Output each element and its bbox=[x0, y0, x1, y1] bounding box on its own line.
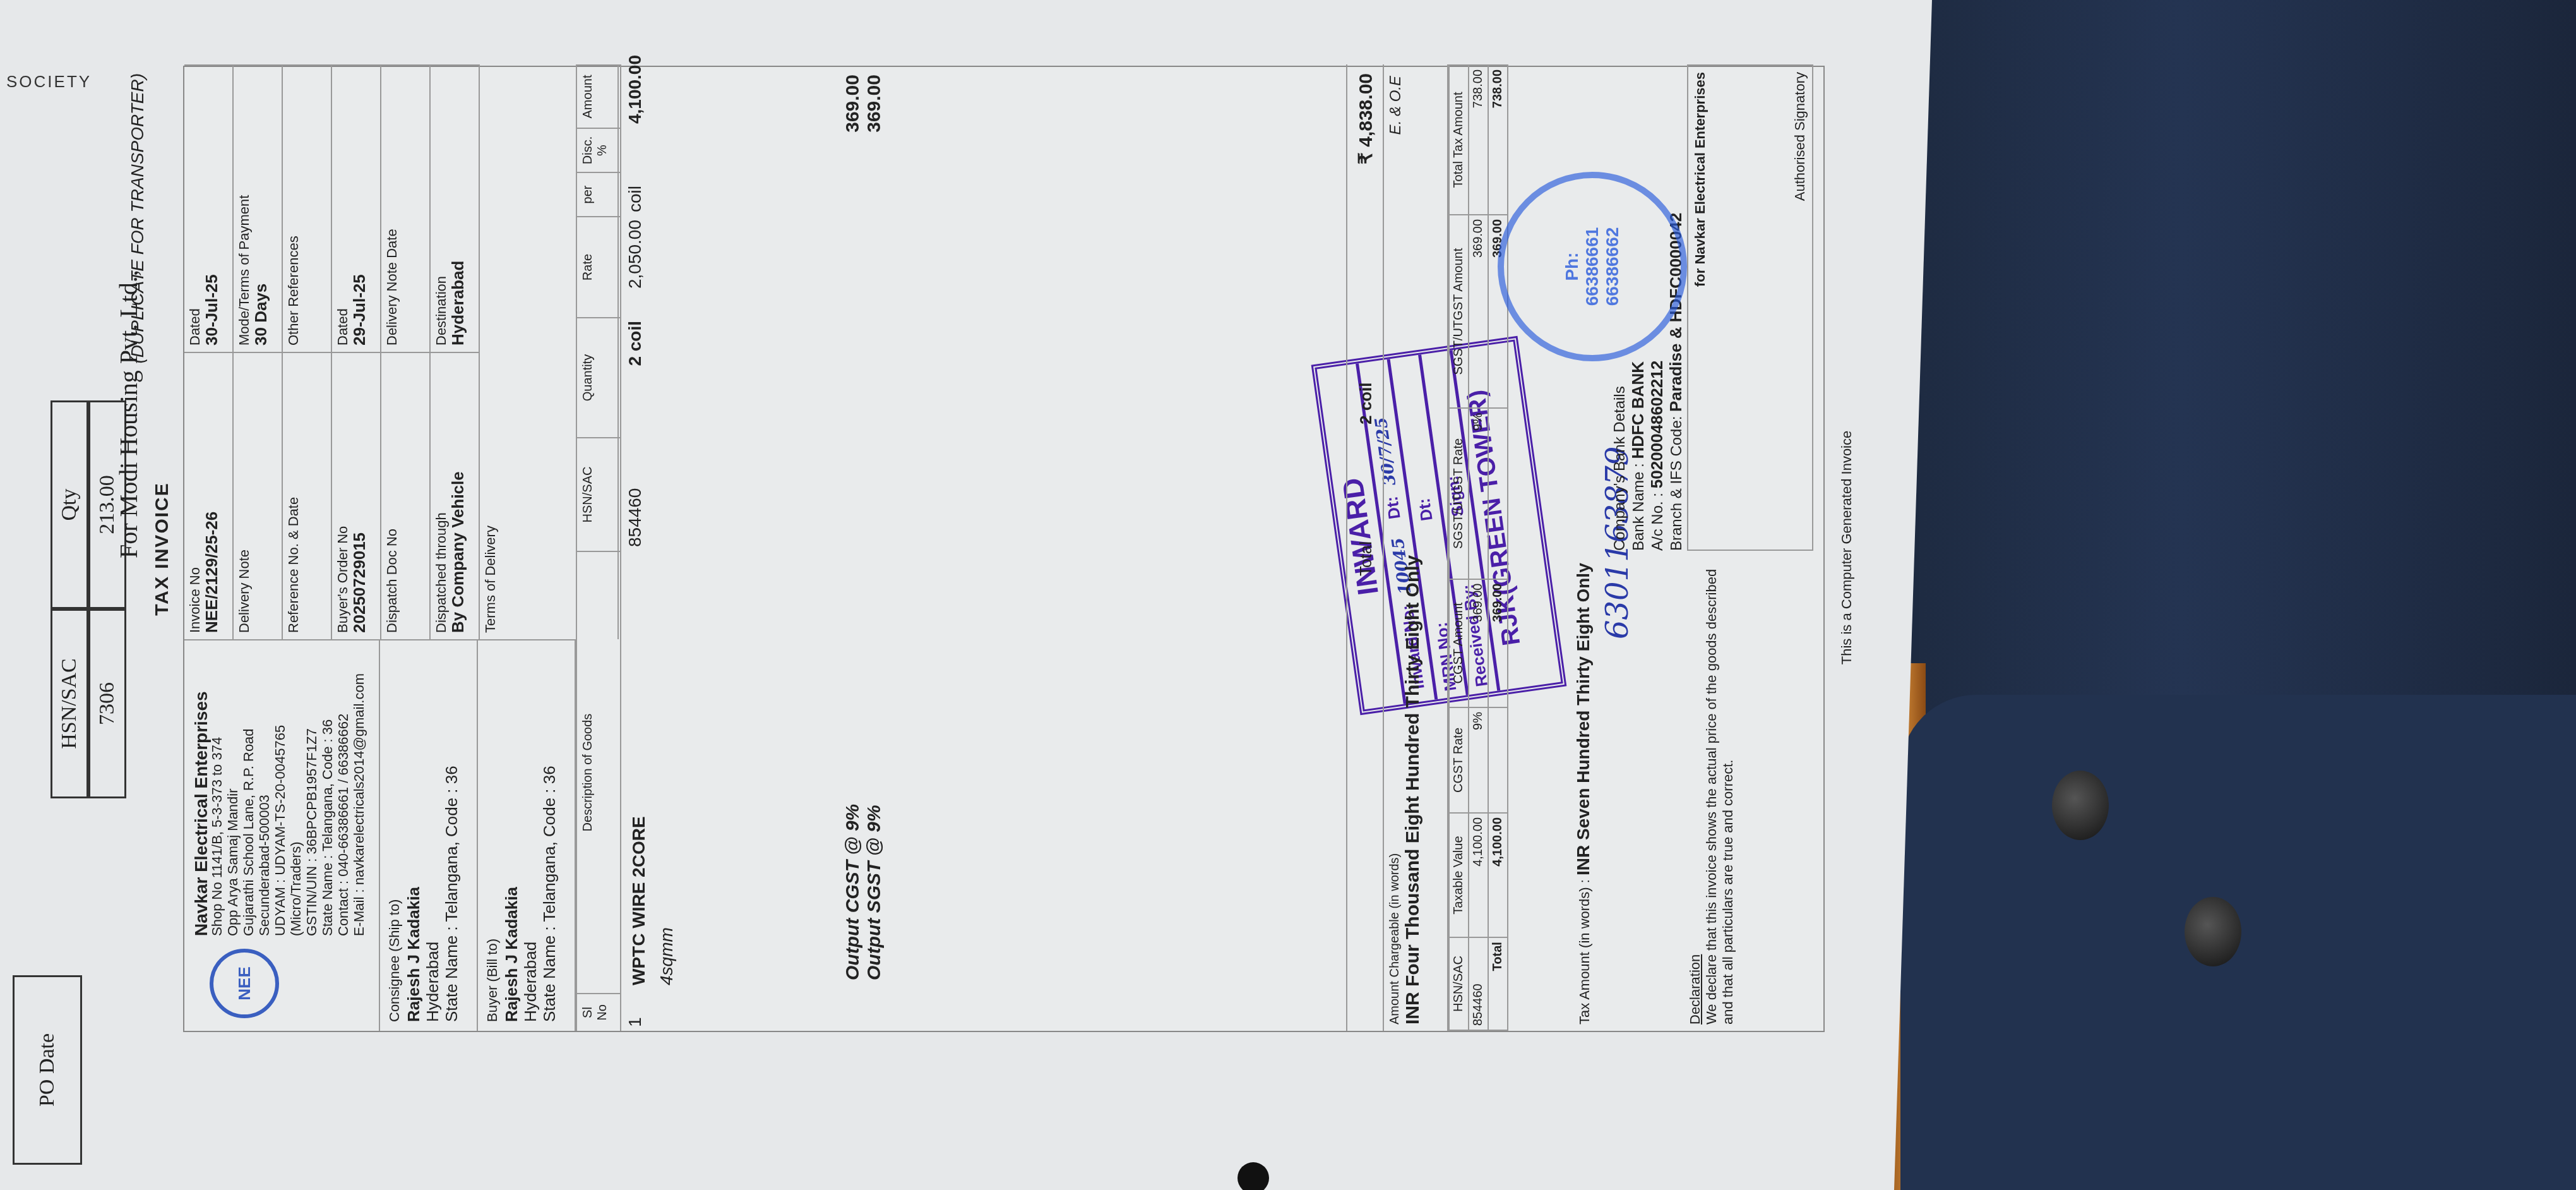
seller-name: Navkar Electrical Enterprises bbox=[193, 649, 209, 936]
seller-line: Gujarathi School Lane, R.P. Road bbox=[241, 649, 256, 936]
th-cgst-rate: CGST Rate bbox=[1449, 707, 1469, 813]
destination: Hyderabad bbox=[448, 261, 467, 346]
col-description: Description of Goods bbox=[577, 551, 621, 993]
terms-payment: 30 Days bbox=[251, 284, 270, 346]
amount-words-block: Amount Chargeable (in words) INR Four Th… bbox=[1384, 64, 1428, 1031]
cell: 4,100.00 bbox=[1488, 813, 1508, 937]
invoice-date: 30-Jul-25 bbox=[202, 274, 221, 346]
cell: 738.00 bbox=[1488, 65, 1508, 215]
order-dated-label: Dated bbox=[335, 72, 351, 346]
invoice-no: NEE/2129/25-26 bbox=[202, 512, 221, 633]
item-sl: 1 bbox=[621, 993, 684, 1031]
dispatched-through: By Company Vehicle bbox=[448, 471, 467, 633]
seller-line: Secunderabad-500003 bbox=[256, 649, 272, 936]
th-hsn: HSN/SAC bbox=[1449, 937, 1469, 1030]
state-value: Telangana, Code : 36 bbox=[442, 766, 461, 922]
item-subdescription: 4sqmm bbox=[653, 555, 681, 989]
seal-phone: 66386661 bbox=[1582, 227, 1602, 306]
seal-phone: 66386662 bbox=[1602, 227, 1623, 306]
consignee-block: Consignee (Ship to) Rajesh J Kadakia Hyd… bbox=[380, 639, 478, 1031]
buyer-name: Rajesh J Kadakia bbox=[502, 649, 521, 1022]
invoice-meta: Invoice NoNEE/2129/25-26 Dated30-Jul-25 … bbox=[184, 64, 619, 639]
bank-name-label: Bank Name bbox=[1630, 472, 1647, 551]
order-date: 29-Jul-25 bbox=[350, 274, 369, 346]
seller-line: E-Mail : navkarelectricals2014@gmail.com bbox=[351, 649, 367, 936]
seller-line: GSTIN/UIN : 36BPCPB1957F1Z7 bbox=[304, 649, 319, 936]
cell: 4,100.00 bbox=[1469, 813, 1488, 937]
seller-line: Contact : 040-66386661 / 66386662 bbox=[335, 649, 351, 936]
shirt-button bbox=[2052, 771, 2109, 840]
sgst-amount: 369.00 bbox=[864, 75, 885, 133]
consignee-label: Consignee (Ship to) bbox=[385, 649, 404, 1022]
cell bbox=[1488, 408, 1508, 579]
tax-words: INR Seven Hundred Thirty Eight Only bbox=[1573, 563, 1593, 875]
item-hsn: 854460 bbox=[621, 437, 684, 551]
total-row: Total 2 coil ₹ 4,838.00 bbox=[1346, 64, 1384, 1031]
item-qty: 2 coil bbox=[621, 317, 684, 437]
state-value: Telangana, Code : 36 bbox=[540, 766, 559, 922]
dispatched-through-label: Dispatched through bbox=[433, 359, 450, 633]
copy-label: (DUPLICATE FOR TRANSPORTER) bbox=[128, 73, 148, 363]
seller-line: State Name : Telangana, Code : 36 bbox=[319, 649, 335, 936]
buyer-label: Buyer (Bill to) bbox=[483, 649, 502, 1022]
cgst-line: Output CGST @ 9% bbox=[842, 804, 864, 980]
invoice-title: TAX INVOICE bbox=[152, 67, 173, 1031]
th-sgst-rate: SGST/UTGST Rate bbox=[1449, 408, 1469, 579]
account-no: 50200048602212 bbox=[1647, 361, 1666, 488]
consignee-city: Hyderabad bbox=[423, 649, 442, 1022]
tax-summary-table: HSN/SAC Taxable Value CGST Rate CGST Amo… bbox=[1447, 64, 1508, 1031]
item-amount: 4,100.00 bbox=[621, 64, 684, 128]
tax-words-label: Tax Amount (in words) : bbox=[1577, 879, 1592, 1025]
bank-name: HDFC BANK bbox=[1628, 361, 1647, 459]
sgst-line: Output SGST @ 9% bbox=[864, 804, 885, 980]
company-logo-icon: NEE bbox=[210, 949, 279, 1018]
tax-amounts: 369.00 369.00 bbox=[842, 75, 885, 133]
dispatch-doc-label: Dispatch Doc No bbox=[384, 359, 400, 633]
cell: Total bbox=[1488, 937, 1508, 1030]
seller-block: NEE Navkar Electrical Enterprises Shop N… bbox=[184, 639, 380, 1031]
buyer-city: Hyderabad bbox=[521, 649, 540, 1022]
consignee-name: Rajesh J Kadakia bbox=[404, 649, 423, 1022]
cell: 369.00 bbox=[1469, 215, 1488, 409]
declaration-label: Declaration bbox=[1687, 557, 1703, 1025]
state-label: State Name bbox=[442, 935, 461, 1022]
signature-box: for Navkar Electrical Enterprises Author… bbox=[1687, 64, 1813, 551]
tax-lines: Output CGST @ 9% Output SGST @ 9% bbox=[842, 804, 885, 980]
cell: 854460 bbox=[1469, 937, 1488, 1030]
cgst-amount: 369.00 bbox=[842, 75, 864, 133]
total-label: Total bbox=[1356, 541, 1376, 576]
th-taxable: Taxable Value bbox=[1449, 813, 1469, 937]
item-description: WPTC WIRE 2CORE bbox=[625, 555, 653, 989]
buyer-block: Buyer (Bill to) Rajesh J Kadakia Hyderab… bbox=[478, 639, 576, 1031]
invoice-paper: PO Date HSN/SAC 7306 Qty 213.00 For Modi… bbox=[0, 0, 1932, 1190]
destination-label: Destination bbox=[433, 72, 450, 346]
qty-label: Qty bbox=[51, 400, 88, 609]
table-row: 1 WPTC WIRE 2CORE4sqmm 854460 2 coil 2,0… bbox=[621, 64, 684, 1031]
account-label: A/c No. bbox=[1649, 501, 1666, 551]
reference-label: Reference No. & Date bbox=[285, 359, 302, 633]
tax-invoice: TAX INVOICE (DUPLICATE FOR TRANSPORTER) … bbox=[183, 66, 1825, 1032]
delivery-note-date-label: Delivery Note Date bbox=[384, 72, 400, 346]
grand-total: ₹ 4,838.00 bbox=[1355, 73, 1377, 164]
po-date-label: PO Date bbox=[13, 975, 82, 1165]
th-cgst-amount: CGST Amount bbox=[1449, 579, 1469, 707]
authorised-signatory: Authorised Signatory bbox=[1792, 72, 1808, 201]
cell: 369.00 bbox=[1469, 579, 1488, 707]
seller-line: UDYAM : UDYAM-TS-20-0045765 (Micro/Trade… bbox=[272, 649, 304, 936]
th-total-tax: Total Tax Amount bbox=[1449, 65, 1469, 215]
col-disc: Disc. % bbox=[577, 128, 621, 172]
shirt-button bbox=[2185, 897, 2241, 966]
col-quantity: Quantity bbox=[577, 317, 621, 437]
declaration-text: We declare that this invoice shows the a… bbox=[1703, 557, 1736, 1025]
th-sgst-amount: SGST/UTGST Amount bbox=[1449, 215, 1469, 409]
branch-label: Branch & IFS Code: bbox=[1668, 416, 1685, 551]
state-label: State Name bbox=[540, 935, 559, 1022]
cell bbox=[1488, 707, 1508, 813]
amount-words-label: Amount Chargeable (in words) bbox=[1388, 71, 1402, 1025]
for-seller: for Navkar Electrical Enterprises bbox=[1692, 72, 1708, 543]
amount-words: INR Four Thousand Eight Hundred Thirty E… bbox=[1402, 71, 1424, 1025]
items-header: Sl No Description of Goods HSN/SAC Quant… bbox=[577, 64, 621, 1031]
seller-line: Shop No 1141/B, 5-3-373 to 374 bbox=[209, 649, 225, 936]
cell: 9% bbox=[1469, 707, 1488, 813]
delivery-note-label: Delivery Note bbox=[236, 359, 253, 633]
cell: 9% bbox=[1469, 408, 1488, 579]
hsn-value: 7306 bbox=[88, 609, 126, 798]
col-amount: Amount bbox=[577, 64, 621, 128]
declaration: Declaration We declare that this invoice… bbox=[1687, 557, 1736, 1025]
seller-line: Opp Arya Samaj Mandir bbox=[225, 649, 241, 936]
company-seal: Ph:6638666166386662 bbox=[1498, 172, 1687, 361]
col-sl: Sl No bbox=[577, 993, 621, 1031]
dated-label: Dated bbox=[187, 72, 203, 346]
total-qty: 2 coil bbox=[1356, 383, 1376, 424]
other-references-label: Other References bbox=[285, 72, 302, 346]
invoice-no-label: Invoice No bbox=[187, 359, 203, 633]
computer-generated-note: This is a Computer Generated Invoice bbox=[1839, 64, 1855, 1031]
buyers-order-label: Buyer's Order No bbox=[335, 359, 351, 633]
cell: 369.00 bbox=[1488, 579, 1508, 707]
col-rate: Rate bbox=[577, 216, 621, 317]
col-hsn: HSN/SAC bbox=[577, 437, 621, 551]
table-row: 854460 4,100.00 9% 369.00 9% 369.00 738.… bbox=[1469, 65, 1488, 1030]
tax-words-block: Tax Amount (in words) : INR Seven Hundre… bbox=[1573, 563, 1594, 1025]
terms-payment-label: Mode/Terms of Payment bbox=[236, 72, 253, 346]
hsn-label: HSN/SAC bbox=[51, 609, 88, 798]
item-rate: 2,050.00 bbox=[621, 216, 684, 317]
invoice-sheet: PO Date HSN/SAC 7306 Qty 213.00 For Modi… bbox=[0, 53, 1831, 1190]
society-text: SOCIETY bbox=[6, 72, 92, 92]
items-table: Sl No Description of Goods HSN/SAC Quant… bbox=[576, 64, 1346, 1031]
table-total-row: Total 4,100.00 369.00 369.00 738.00 bbox=[1488, 65, 1508, 1030]
eoe-note: E. & O.E bbox=[1387, 76, 1405, 135]
item-per: coil bbox=[621, 172, 684, 216]
cell: 738.00 bbox=[1469, 65, 1488, 215]
buyers-order-no: 20250729015 bbox=[350, 532, 369, 633]
col-per: per bbox=[577, 172, 621, 216]
seal-ph-label: Ph: bbox=[1562, 227, 1582, 306]
item-disc bbox=[621, 128, 684, 172]
